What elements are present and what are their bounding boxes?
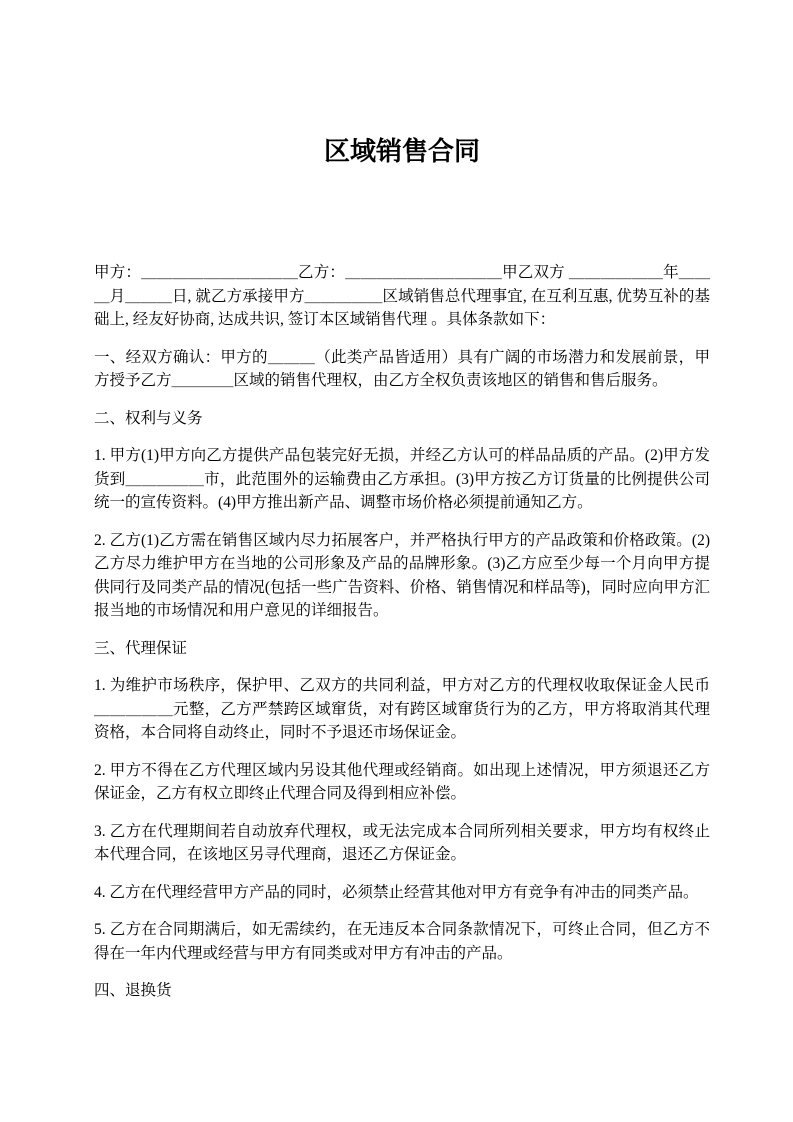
clause-party-b-obligations: 2. 乙方(1)乙方需在销售区域内尽力拓展客户，并严格执行甲方的产品政策和价格政… [94,529,710,623]
document-title: 区域销售合同 [94,135,710,169]
clause-post-expiry-non-compete: 5. 乙方在合同期满后，如无需续约，在无违反本合同条款情况下，可终止合同，但乙方… [94,918,710,965]
clause-termination-rights: 3. 乙方在代理期间若自动放弃代理权，或无法完成本合同所列相关要求，甲方均有权终… [94,820,710,867]
clause-non-compete-during-agency: 4. 乙方在代理经营甲方产品的同时，必须禁止经营其他对甲方有竞争有冲击的同类产品… [94,881,710,905]
section3-heading-agency-guarantee: 三、代理保证 [94,637,710,661]
intro-parties-paragraph: 甲方：＿＿＿＿＿＿＿＿＿＿乙方：＿＿＿＿＿＿＿＿＿＿甲乙双方 ＿＿＿＿＿＿年＿＿… [94,261,710,332]
section2-heading-rights-obligations: 二、权利与义务 [94,407,710,431]
clause-section1-confirmation: 一、经双方确认：甲方的＿＿＿（此类产品皆适用）具有广阔的市场潜力和发展前景，甲方… [94,346,710,393]
clause-party-a-obligations: 1. 甲方(1)甲方向乙方提供产品包装完好无损，并经乙方认可的样品品质的产品。(… [94,444,710,515]
clause-deposit-guarantee: 1. 为维护市场秩序，保护甲、乙双方的共同利益，甲方对乙方的代理权收取保证金人民… [94,674,710,745]
clause-exclusive-territory: 2. 甲方不得在乙方代理区域内另设其他代理或经销商。如出现上述情况，甲方须退还乙… [94,759,710,806]
section4-heading-returns: 四、退换货 [94,979,710,1003]
contract-document-page: 区域销售合同 甲方：＿＿＿＿＿＿＿＿＿＿乙方：＿＿＿＿＿＿＿＿＿＿甲乙双方 ＿＿… [0,0,793,1122]
